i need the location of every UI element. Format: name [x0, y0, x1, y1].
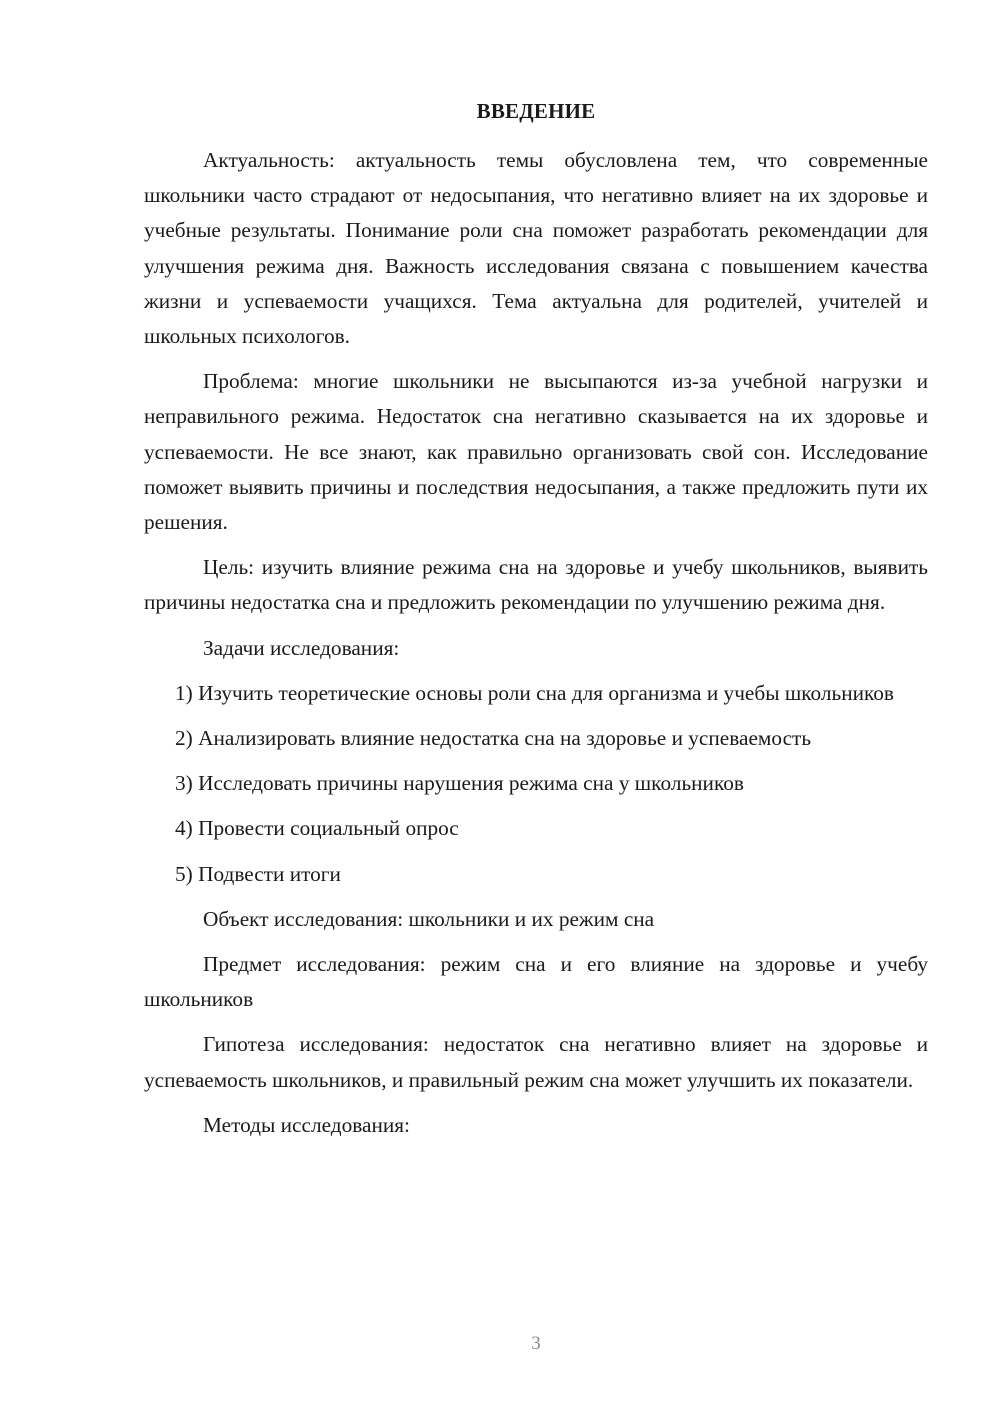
- paragraph-relevance: Актуальность: актуальность темы обусловл…: [144, 143, 928, 354]
- task-item: 1) Изучить теоретические основы роли сна…: [144, 676, 928, 711]
- tasks-heading: Задачи исследования:: [144, 631, 928, 666]
- task-item: 2) Анализировать влияние недостатка сна …: [144, 721, 928, 756]
- paragraph-problem: Проблема: многие школьники не высыпаются…: [144, 364, 928, 540]
- task-item: 3) Исследовать причины нарушения режима …: [144, 766, 928, 801]
- task-item: 4) Провести социальный опрос: [144, 811, 928, 846]
- document-body: Актуальность: актуальность темы обусловл…: [144, 143, 928, 1153]
- section-title: ВВЕДЕНИЕ: [144, 96, 928, 126]
- paragraph-hypothesis: Гипотеза исследования: недостаток сна не…: [144, 1027, 928, 1097]
- methods-heading: Методы исследования:: [144, 1108, 928, 1143]
- paragraph-subject: Предмет исследования: режим сна и его вл…: [144, 947, 928, 1017]
- page-number: 3: [144, 1333, 928, 1355]
- document-page: ВВЕДЕНИЕ Актуальность: актуальность темы…: [144, 0, 928, 1414]
- task-item: 5) Подвести итоги: [144, 857, 928, 892]
- paragraph-goal: Цель: изучить влияние режима сна на здор…: [144, 550, 928, 620]
- paragraph-object: Объект исследования: школьники и их режи…: [144, 902, 928, 937]
